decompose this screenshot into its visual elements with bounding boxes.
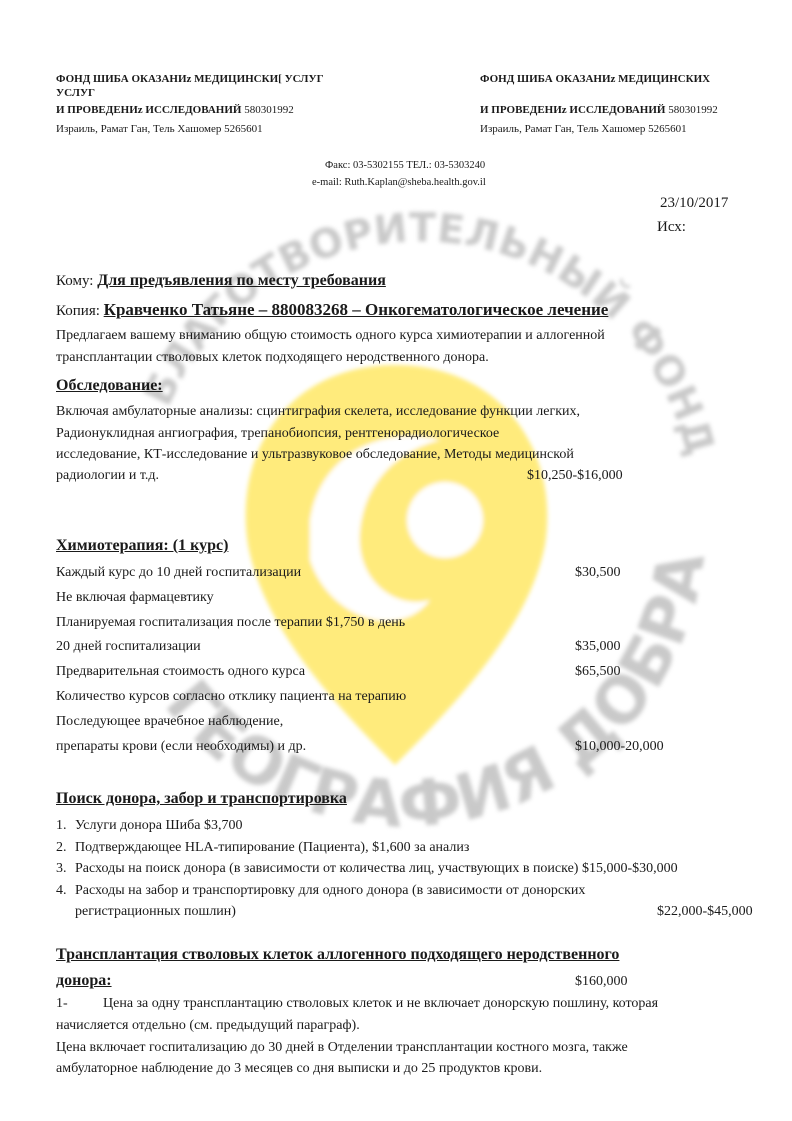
transplant-p1-num: 1- (56, 996, 68, 1012)
chemo-row-text: 20 дней госпитализации (56, 639, 201, 655)
org-name-left: ФОНД ШИБА ОКАЗАНИz МЕДИЦИНСКИ[ УСЛУГ (56, 73, 324, 85)
exam-price: $10,250-$16,000 (527, 468, 623, 484)
transplant-price: $160,000 (575, 974, 628, 990)
chemo-row-price: $30,500 (575, 565, 621, 581)
transplant-p2-line-2: амбулаторное наблюдение до 3 месяцев со … (56, 1061, 542, 1077)
donor-item: Подтверждающее HLA-типирование (Пациента… (75, 840, 469, 856)
chemo-row-price: $65,500 (575, 664, 621, 680)
donor-title: Поиск донора, забор и транспортировка (56, 790, 347, 808)
chemo-row-text: препараты крови (если необходимы) и др. (56, 739, 306, 755)
org-line-right: И ПРОВЕДЕНИz ИССЛЕДОВАНИЙ 580301992 (480, 104, 718, 116)
chemo-row-text: Планируемая госпитализация после терапии… (56, 615, 405, 631)
org-name-left-cont: УСЛУГ (56, 87, 95, 99)
donor-item-number: 1. (56, 818, 67, 834)
to-line: Кому: Для предъявления по месту требован… (56, 272, 386, 290)
letter-page: ФОНД ШИБА ОКАЗАНИz МЕДИЦИНСКИ[ УСЛУГ УСЛ… (0, 0, 792, 1121)
email: e-mail: Ruth.Kaplan@sheba.health.gov.il (312, 177, 486, 188)
donor-item-number: 3. (56, 861, 67, 877)
donor-item-4-cont: регистрационных пошлин) (75, 904, 236, 920)
chemo-title: Химиотерапия: (1 курс) (56, 537, 228, 555)
exam-line-4: радиологии и т.д. (56, 468, 159, 484)
exam-line-2: Радионуклидная ангиография, трепанобиопс… (56, 426, 499, 442)
fax-tel: Факс: 03-5302155 ТЕЛ.: 03-5303240 (325, 160, 485, 171)
chemo-row-text: Каждый курс до 10 дней госпитализации (56, 565, 301, 581)
exam-line-3: исследование, КТ-исследование и ультразв… (56, 447, 574, 463)
org-address-left: Израиль, Рамат Ган, Тель Хашомер 5265601 (56, 123, 263, 135)
copy-value: Кравченко Татьяне – 880083268 – Онкогема… (104, 300, 609, 319)
chemo-row-text: Не включая фармацевтику (56, 590, 214, 606)
transplant-title-2: донора: (56, 972, 112, 990)
copy-label: Копия: (56, 303, 100, 319)
copy-line: Копия: Кравченко Татьяне – 880083268 – О… (56, 300, 608, 320)
chemo-row-text: Последующее врачебное наблюдение, (56, 714, 283, 730)
to-label: Кому: (56, 273, 93, 289)
letter-date: 23/10/2017 (660, 195, 728, 212)
transplant-p1-line-2: начисляется отдельно (см. предыдущий пар… (56, 1018, 360, 1034)
exam-line-1: Включая амбулаторные анализы: сцинтиграф… (56, 404, 580, 420)
chemo-row-text: Предварительная стоимость одного курса (56, 664, 305, 680)
exam-title: Обследование: (56, 377, 163, 395)
intro-line-1: Предлагаем вашему вниманию общую стоимос… (56, 328, 605, 344)
donor-item: Услуги донора Шиба $3,700 (75, 818, 242, 834)
chemo-row-price: $35,000 (575, 639, 621, 655)
donor-item: Расходы на забор и транспортировку для о… (75, 883, 585, 899)
org-address-right: Израиль, Рамат Ган, Тель Хашомер 5265601 (480, 123, 687, 135)
ref-label: Исх: (657, 219, 686, 236)
donor-item: Расходы на поиск донора (в зависимости о… (75, 861, 678, 877)
transplant-p2-line-1: Цена включает госпитализацию до 30 дней … (56, 1040, 628, 1056)
chemo-row-price: $10,000-20,000 (575, 739, 664, 755)
chemo-row-text: Количество курсов согласно отклику пацие… (56, 689, 406, 705)
to-value: Для предъявления по месту требования (97, 272, 386, 289)
org-line-left: И ПРОВЕДЕНИz ИССЛЕДОВАНИЙ 580301992 (56, 104, 294, 116)
org-number-right: 580301992 (668, 104, 718, 116)
org-research-right: И ПРОВЕДЕНИz ИССЛЕДОВАНИЙ (480, 104, 665, 116)
donor-item-4-price: $22,000-$45,000 (657, 904, 753, 920)
donor-item-number: 4. (56, 883, 67, 899)
org-name-right: ФОНД ШИБА ОКАЗАНИz МЕДИЦИНСКИХ (480, 73, 710, 85)
donor-item-number: 2. (56, 840, 67, 856)
intro-line-2: трансплантации стволовых клеток подходящ… (56, 350, 489, 366)
org-number-left: 580301992 (244, 104, 294, 116)
org-research-left: И ПРОВЕДЕНИz ИССЛЕДОВАНИЙ (56, 104, 241, 116)
transplant-p1-line-1: Цена за одну трансплантацию стволовых кл… (103, 996, 658, 1012)
transplant-title-1: Трансплантация стволовых клеток аллогенн… (56, 946, 619, 964)
